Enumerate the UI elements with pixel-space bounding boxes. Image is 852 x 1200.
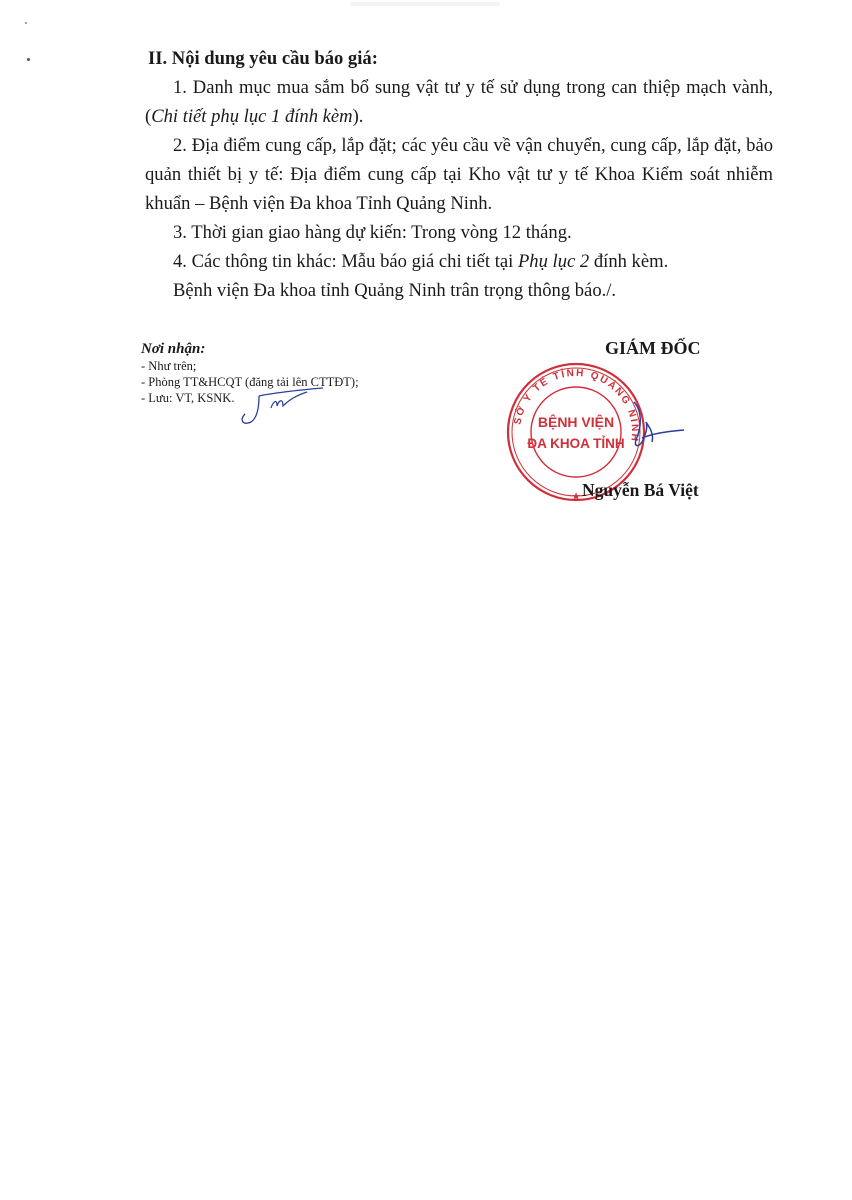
closing-line: Bệnh viện Đa khoa tỉnh Quảng Ninh trân t…	[145, 276, 773, 305]
signature-block: GIÁM ĐỐC SỞ Y TẾ TỈNH QUẢNG NINH BỆNH VI…	[500, 338, 740, 518]
svg-text:★: ★	[571, 491, 581, 503]
item-4-italic: Phụ lục 2	[518, 251, 589, 272]
scan-speck	[27, 58, 30, 61]
scan-speck	[25, 22, 27, 24]
item-4: 4. Các thông tin khác: Mẫu báo giá chi t…	[145, 247, 773, 276]
document-page: II. Nội dung yêu cầu báo giá: 1. Danh mụ…	[0, 0, 852, 1200]
recipients-title: Nơi nhận:	[141, 340, 359, 358]
signature-scrawl-icon	[628, 398, 698, 458]
signer-title: GIÁM ĐỐC	[605, 338, 701, 359]
scan-bleed	[350, 2, 500, 6]
recipients-block: Nơi nhận: - Như trên; - Phòng TT&HCQT (đ…	[141, 340, 359, 406]
item-1-tail: ).	[353, 106, 364, 127]
item-1-italic: Chi tiết phụ lục 1 đính kèm	[151, 106, 352, 127]
document-body: II. Nội dung yêu cầu báo giá: 1. Danh mụ…	[145, 44, 773, 305]
svg-text:BỆNH VIỆN: BỆNH VIỆN	[538, 413, 614, 430]
initials-signature-icon	[237, 386, 327, 426]
item-3: 3. Thời gian giao hàng dự kiến: Trong vò…	[145, 218, 773, 247]
svg-text:ĐA KHOA TỈNH: ĐA KHOA TỈNH	[527, 436, 624, 451]
item-4-tail: đính kèm.	[589, 251, 668, 272]
recipient-item: - Như trên;	[141, 358, 359, 374]
item-4-text: 4. Các thông tin khác: Mẫu báo giá chi t…	[173, 251, 518, 272]
item-2: 2. Địa điểm cung cấp, lắp đặt; các yêu c…	[145, 131, 773, 218]
signer-name: Nguyễn Bá Việt	[582, 480, 699, 501]
item-1: 1. Danh mục mua sắm bổ sung vật tư y tế …	[145, 73, 773, 131]
section-heading: II. Nội dung yêu cầu báo giá:	[145, 44, 773, 73]
